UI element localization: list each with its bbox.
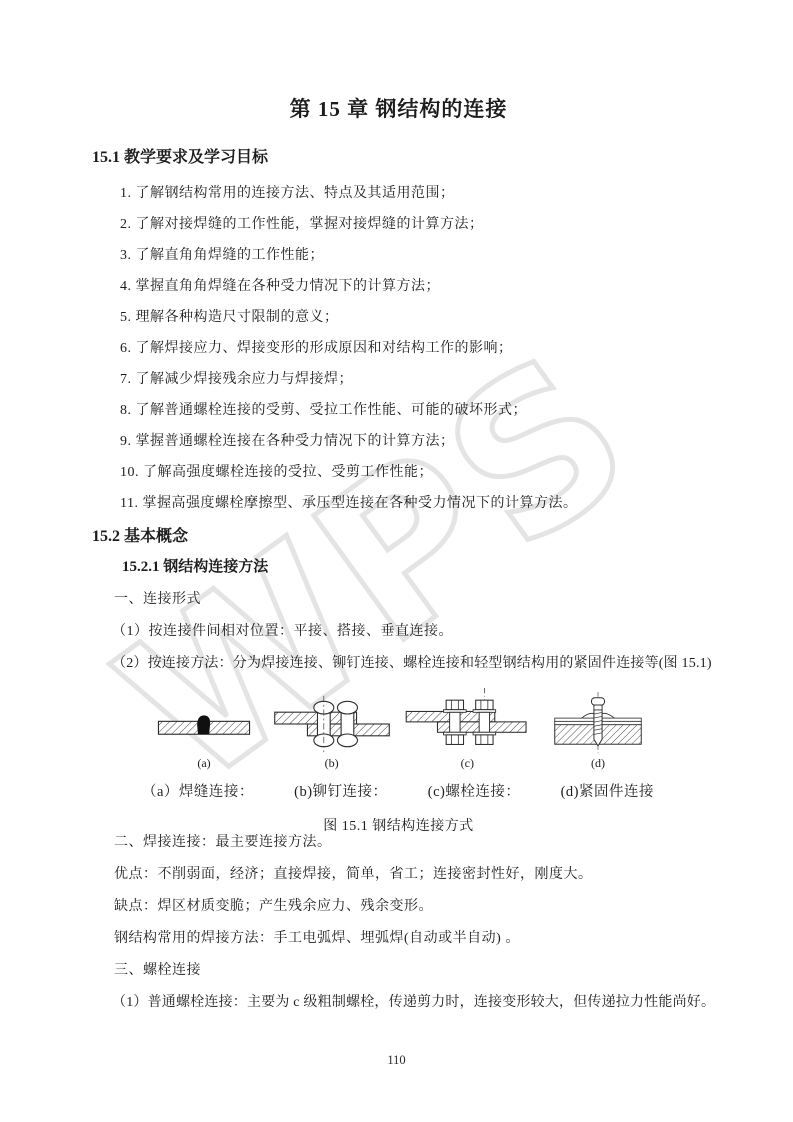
bolting-heading: 三、螺栓连接 [114, 963, 705, 979]
page-content: 第 15 章 钢结构的连接 15.1 教学要求及学习目标 1. 了解钢结构常用的… [0, 0, 793, 1011]
connection-forms-item-2: （2）按连接方法：分为焊接连接、铆钉连接、螺栓连接和轻型钢结构用的紧固件连接等(… [112, 656, 705, 672]
learning-goal-10: 10. 了解高强度螺栓连接的受拉、受剪工作性能； [120, 465, 705, 481]
panel-caption-d: (d)紧固件连接 [561, 780, 654, 801]
learning-goal-6: 6. 了解焊接应力、焊接变形的形成原因和对结构工作的影响； [120, 341, 705, 357]
fastener-connection-diagram [543, 692, 653, 754]
self-tapping-screw [591, 698, 604, 746]
panel-caption-a: （a）焊缝连接： [142, 780, 254, 801]
learning-goal-11: 11. 掌握高强度螺栓摩擦型、承压型连接在各种受力情况下的计算方法。 [120, 496, 705, 512]
welding-heading: 二、焊接连接：最主要连接方法。 [114, 835, 705, 851]
welding-cons: 缺点：焊区材质变脆；产生残余应力、残余变形。 [114, 899, 705, 915]
weld-connection-diagram [148, 699, 260, 754]
section-15-2-1-heading: 15.2.1 钢结构连接方法 [122, 558, 705, 577]
panel-tag-c: (c) [403, 756, 531, 770]
bolt-connection-diagram [403, 688, 531, 754]
learning-goal-2: 2. 了解对接焊缝的工作性能，掌握对接焊缝的计算方法； [120, 217, 705, 233]
bolting-item-1: （1）普通螺栓连接：主要为 c 级粗制螺栓，传递剪力时，连接变形较大，但传递拉力… [112, 995, 705, 1011]
welding-pros: 优点：不削弱面，经济；直接焊接，简单，省工；连接密封性好，刚度大。 [114, 867, 705, 883]
panel-caption-c: (c)螺栓连接： [428, 780, 521, 801]
page-number: 110 [0, 1053, 793, 1068]
rivet-connection-diagram [272, 694, 392, 754]
panel-caption-b: (b)铆钉连接： [294, 780, 387, 801]
panel-tag-a: (a) [148, 756, 260, 770]
figure-panel-b: (b) [272, 694, 392, 770]
connection-forms-item-1: （1）按连接件间相对位置：平接、搭接、垂直连接。 [112, 624, 705, 640]
panel-tag-b: (b) [272, 756, 392, 770]
chapter-title: 第 15 章 钢结构的连接 [92, 96, 705, 122]
panel-tag-d: (d) [543, 756, 653, 770]
figure-caption: 图 15.1 钢结构连接方式 [92, 815, 705, 835]
learning-goal-7: 7. 了解减少焊接残余应力与焊接焊； [120, 372, 705, 388]
section-15-1-heading: 15.1 教学要求及学习目标 [92, 148, 705, 168]
document-page: WPS 第 15 章 钢结构的连接 15.1 教学要求及学习目标 1. 了解钢结… [0, 0, 793, 1122]
learning-goal-4: 4. 掌握直角角焊缝在各种受力情况下的计算方法； [120, 279, 705, 295]
learning-goal-9: 9. 掌握普通螺栓连接在各种受力情况下的计算方法； [120, 434, 705, 450]
figure-panel-captions: （a）焊缝连接： (b)铆钉连接： (c)螺栓连接： (d)紧固件连接 [142, 780, 654, 801]
weld-bead [197, 715, 210, 734]
section-15-2-heading: 15.2 基本概念 [92, 527, 705, 547]
figure-15-1: (a) [92, 688, 705, 835]
figure-panel-a: (a) [148, 699, 260, 770]
figure-panel-c: (c) [403, 688, 531, 770]
welding-methods: 钢结构常用的焊接方法：手工电弧焊、埋弧焊(自动或半自动) 。 [114, 931, 705, 947]
learning-goal-3: 3. 了解直角角焊缝的工作性能； [120, 248, 705, 264]
learning-goal-1: 1. 了解钢结构常用的连接方法、特点及其适用范围； [120, 186, 705, 202]
figure-15-1-diagrams: (a) [148, 688, 653, 770]
connection-forms-heading: 一、连接形式 [114, 592, 705, 608]
figure-panel-d: (d) [543, 692, 653, 770]
learning-goal-5: 5. 理解各种构造尺寸限制的意义； [120, 310, 705, 326]
learning-goal-8: 8. 了解普通螺栓连接的受剪、受拉工作性能、可能的破坏形式； [120, 403, 705, 419]
